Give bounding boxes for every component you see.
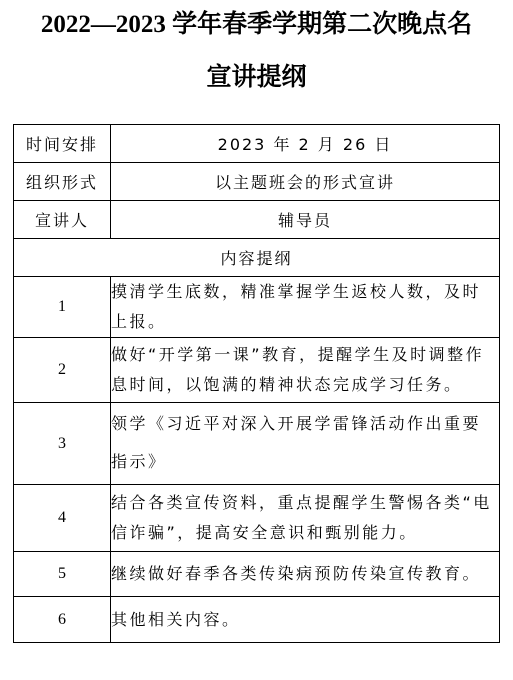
table-row: 6 其他相关内容。 xyxy=(14,597,500,643)
item-number: 1 xyxy=(14,277,111,338)
item-text: 其他相关内容。 xyxy=(111,597,500,643)
document-title-line-1: 2022—2023 学年春季学期第二次晚点名 xyxy=(0,10,513,40)
outline-heading: 内容提纲 xyxy=(14,239,500,277)
time-label: 时间安排 xyxy=(14,125,111,163)
format-label: 组织形式 xyxy=(14,163,111,201)
table-row-format: 组织形式 以主题班会的形式宣讲 xyxy=(14,163,500,201)
table-row: 1 摸清学生底数，精准掌握学生返校人数，及时上报。 xyxy=(14,277,500,338)
table-row: 4 结合各类宣传资料，重点提醒学生警惕各类“电信诈骗”，提高安全意识和甄别能力。 xyxy=(14,485,500,552)
item-text: 领学《习近平对深入开展学雷锋活动作出重要指示》 xyxy=(111,403,500,485)
table-row: 5 继续做好春季各类传染病预防传染宣传教育。 xyxy=(14,552,500,597)
outline-table: 时间安排 2023 年 2 月 26 日 组织形式 以主题班会的形式宣讲 宣讲人… xyxy=(13,124,500,643)
time-value: 2023 年 2 月 26 日 xyxy=(111,125,500,163)
item-text: 结合各类宣传资料，重点提醒学生警惕各类“电信诈骗”，提高安全意识和甄别能力。 xyxy=(111,485,500,552)
item-text: 摸清学生底数，精准掌握学生返校人数，及时上报。 xyxy=(111,277,500,338)
table-row-speaker: 宣讲人 辅导员 xyxy=(14,201,500,239)
document-title-line-2: 宣讲提纲 xyxy=(0,63,513,93)
item-text: 做好“开学第一课”教育，提醒学生及时调整作息时间，以饱满的精神状态完成学习任务。 xyxy=(111,338,500,403)
speaker-label: 宣讲人 xyxy=(14,201,111,239)
item-number: 2 xyxy=(14,338,111,403)
table-row-time: 时间安排 2023 年 2 月 26 日 xyxy=(14,125,500,163)
item-number: 3 xyxy=(14,403,111,485)
table-row: 3 领学《习近平对深入开展学雷锋活动作出重要指示》 xyxy=(14,403,500,485)
format-value: 以主题班会的形式宣讲 xyxy=(111,163,500,201)
item-number: 6 xyxy=(14,597,111,643)
table-row-outline-heading: 内容提纲 xyxy=(14,239,500,277)
item-number: 5 xyxy=(14,552,111,597)
item-text: 继续做好春季各类传染病预防传染宣传教育。 xyxy=(111,552,500,597)
speaker-value: 辅导员 xyxy=(111,201,500,239)
table-row: 2 做好“开学第一课”教育，提醒学生及时调整作息时间，以饱满的精神状态完成学习任… xyxy=(14,338,500,403)
item-number: 4 xyxy=(14,485,111,552)
